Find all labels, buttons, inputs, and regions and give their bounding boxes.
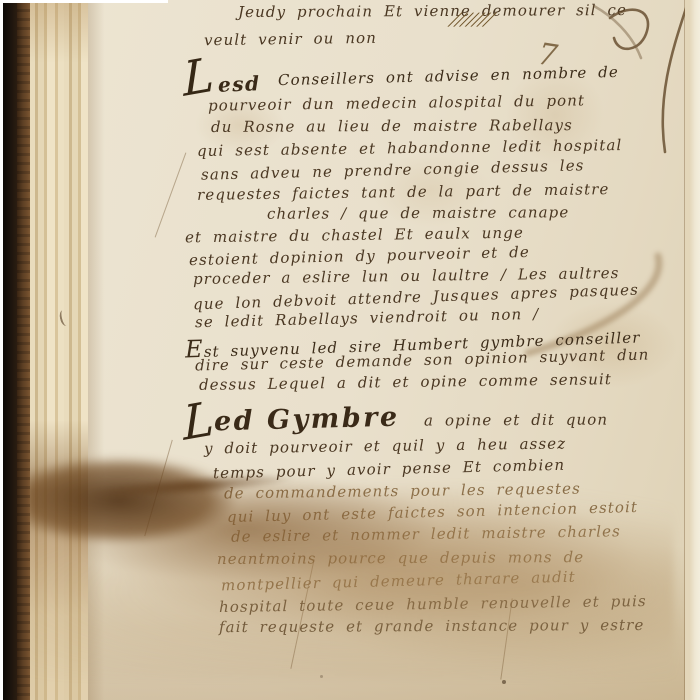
manuscript-line-02: veult venir ou non (204, 29, 377, 49)
manuscript-line-20: temps pour y avoir pense Et combien (213, 456, 566, 483)
manuscript-line-05: du Rosne au lieu de maistre Rabellays (211, 116, 573, 136)
manuscript-line-18: a opine et dit quon (424, 411, 608, 430)
heading-word-gymbre: ed Gymbre (214, 402, 400, 438)
photo-margin-top (0, 0, 168, 3)
book-spine-leather (17, 0, 30, 700)
book-spine (3, 0, 17, 700)
ink-speck (320, 675, 323, 678)
manuscript-line-17: dessus Lequel a dit et opine comme sensu… (199, 370, 612, 394)
manuscript-line-25: montpellier qui demeure tharare audit (221, 568, 576, 595)
paraph-flourish-icon (580, 0, 700, 160)
page-right-edge (684, 0, 700, 700)
photo-margin-left (0, 0, 3, 700)
manuscript-line-03: Conseillers ont advise en nombre de (278, 63, 619, 89)
manuscript-line-22: qui luy ont este faictes son intencion e… (227, 498, 638, 526)
pen-hatch-marks: /////// (447, 10, 497, 30)
manuscript-line-07: sans adveu ne prendre congie dessus les (201, 156, 585, 183)
manuscript-line-21: de commandements pour les requestes (224, 480, 581, 503)
manuscript-line-10: et maistre du chastel Et eaulx unge (185, 224, 524, 247)
ink-speck (502, 680, 506, 684)
manuscript-line-24: neantmoins pource que depuis mons de (217, 548, 584, 568)
manuscript-line-08: requestes faictes tant de la part de mai… (197, 180, 610, 204)
manuscript-line-09: charles / que de maistre canape (267, 203, 569, 223)
manuscript-line-19: y doit pourveoir et quil y a heu assez (204, 434, 566, 457)
manuscript-line-26: hospital toute ceue humble renouvelle et… (219, 592, 647, 616)
manuscript-line-23: de eslire et nommer ledit maistre charle… (231, 522, 621, 545)
drop-cap-suffix: esd (218, 71, 261, 96)
manuscript-line-01: Jeudy prochain Et vienne demourer sil ce (238, 1, 627, 21)
manuscript-line-27: fait requeste et grande instance pour y … (219, 616, 644, 636)
manuscript-photo: Jeudy prochain Et vienne demourer sil ce… (0, 0, 700, 700)
manuscript-line-04: pourveoir dun medecin alospital du pont (208, 91, 585, 114)
